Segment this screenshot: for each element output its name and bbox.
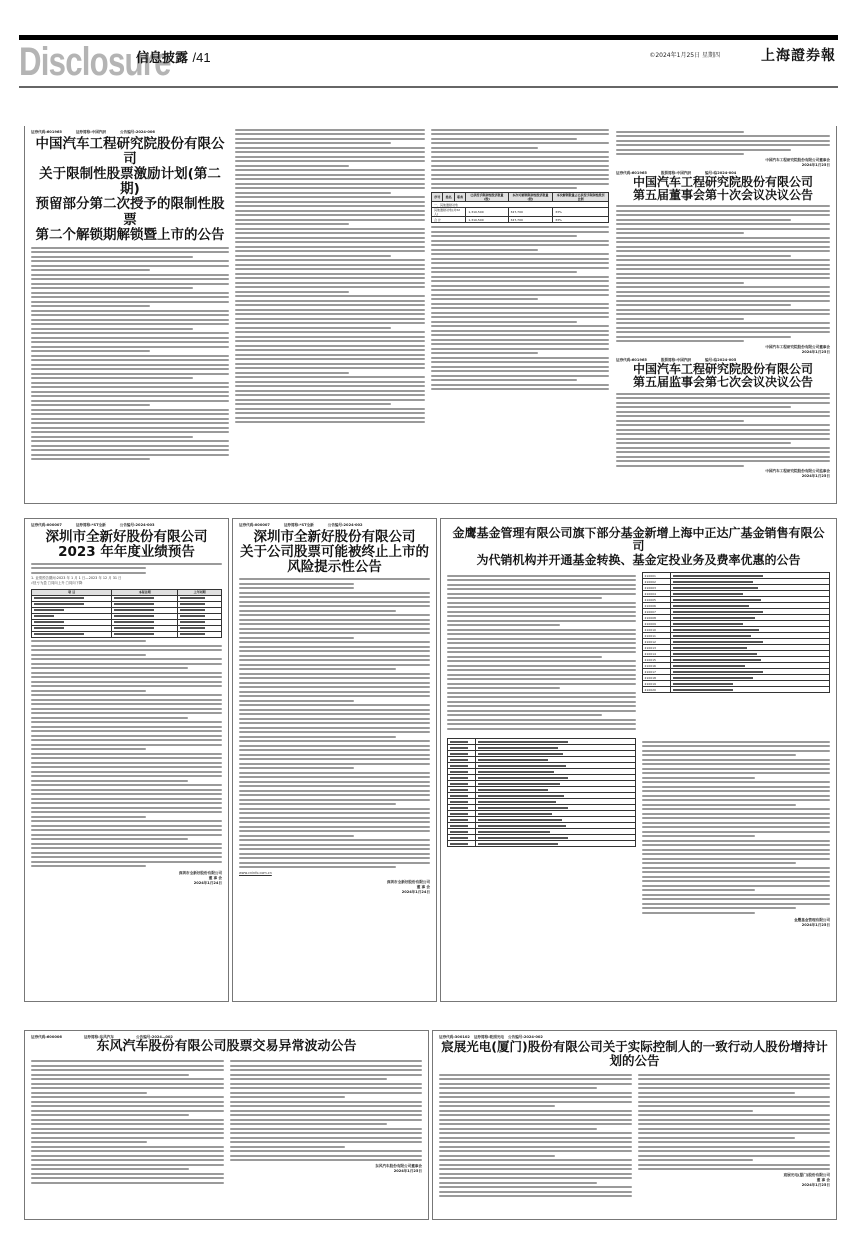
issue-date: ©2024年1月25日 星期四: [649, 50, 720, 59]
vesting-table: 序号 姓名 职务 已获授予限制性股票数量(股) 本次可解锁限制性股票数量(股) …: [431, 192, 609, 223]
signature: 金鹰基金管理有限公司 2024年1月25日: [642, 918, 831, 928]
table-row: 210020: [642, 687, 830, 693]
announcement-changelight: 证券代码:300102 证券简称:乾照光电 公告编号:2024-002 宸展光电…: [432, 1030, 837, 1220]
announcement-dongfeng: 证券代码:600006 证券简称:东风汽车 公告编号:2024—002 东风汽车…: [24, 1030, 429, 1220]
signature: 深圳市全新好股份有限公司 董 事 会 2024年1月24日: [239, 880, 430, 895]
page-number: /41: [193, 50, 211, 65]
table-row: 其他激励对象(共32人) 1,310,500 347,700 33%: [432, 208, 609, 217]
announcement-title: 宸展光电(厦门)股份有限公司关于实际控制人的一致行动人股份增持计划的公告: [439, 1040, 830, 1068]
signature: 东风汽车股份有限公司董事会 2024年1月25日: [230, 1164, 423, 1174]
masthead: Disclosure 信息披露 /41 ©2024年1月25日 星期四 上海證券…: [19, 42, 838, 82]
forecast-table: 项 目 本报告期 上年同期: [31, 589, 222, 638]
announcement-column-right: 中国汽车工程研究院股份有限公司董事会 2024年1月25日 证券代码:60196…: [610, 126, 837, 504]
signature: 宸展光电(厦门)股份有限公司 董 事 会 2024年1月25日: [638, 1173, 831, 1188]
forecast-type: √扭亏为盈 □同向上升 □同向下降: [31, 581, 222, 586]
stock-meta: 证券代码:000007 证券简称:*ST全新 公告编号:2024-003: [31, 523, 222, 528]
announcement-szqxh-delisting: 证券代码:000007 证券简称:*ST全新 公告编号:2024-002 深圳市…: [232, 518, 437, 1002]
stock-abbr: 证券简称:中国汽研: [76, 130, 106, 135]
stock-meta: 证券代码:601965 证券简称:中国汽研 公告编号:2024-006: [31, 130, 229, 135]
body-text: [31, 247, 229, 461]
stock-code: 证券代码:601965: [31, 130, 62, 135]
announcement-jinying-fund: 金鹰基金管理有限公司旗下部分基金新增上海中正达广基金销售有限公司 为代销机构并开…: [440, 518, 837, 1002]
announcement-title: 深圳市全新好股份有限公司 关于公司股票可能被终止上市的 风险提示性公告: [239, 530, 430, 575]
newspaper-logo: 上海證券報: [761, 45, 836, 65]
top-rule: [19, 86, 838, 88]
stock-meta: 证券代码:000007 证券简称:*ST全新 公告编号:2024-002: [239, 523, 430, 528]
announcement-szqxh-forecast: 证券代码:000007 证券简称:*ST全新 公告编号:2024-003 深圳市…: [24, 518, 229, 1002]
body-text-col2: [235, 129, 425, 424]
table-row: 合 计 1,310,500 347,700 33%: [432, 217, 609, 223]
fund-table: 210001 210002 210003 210004 210005 21000…: [642, 572, 831, 693]
notice-number: 公告编号:2024-006: [120, 130, 155, 135]
announcement-title: 深圳市全新好股份有限公司 2023 年年度业绩预告: [31, 530, 222, 560]
announcement-title: 中国汽车工程研究院股份有限公司 关于限制性股票激励计划(第二期) 预留部分第二次…: [31, 137, 229, 243]
section-title: 信息披露 /41: [136, 47, 211, 66]
announcement-title: 东风汽车股份有限公司股票交易异常波动公告: [31, 1040, 422, 1055]
section-cn: 信息披露: [136, 51, 188, 66]
body-text-col3: [431, 129, 609, 190]
announcement-title: 金鹰基金管理有限公司旗下部分基金新增上海中正达广基金销售有限公司 为代销机构并开…: [447, 527, 830, 567]
announcement-title-board: 中国汽车工程研究院股份有限公司 第五届董事会第十次会议决议公告: [616, 176, 830, 203]
announcement-title-supervisory: 中国汽车工程研究院股份有限公司 第五届监事会第七次会议决议公告: [616, 363, 830, 390]
website-link[interactable]: www.cninfo.com.cn: [239, 871, 430, 876]
announcement-catarc-rsu: 证券代码:601965 证券简称:中国汽研 公告编号:2024-006 中国汽车…: [24, 126, 610, 504]
signature-date: 2024年1月25日: [616, 163, 830, 168]
signature: 深圳市全新好股份有限公司 董 事 会 2024年1月24日: [31, 871, 222, 886]
